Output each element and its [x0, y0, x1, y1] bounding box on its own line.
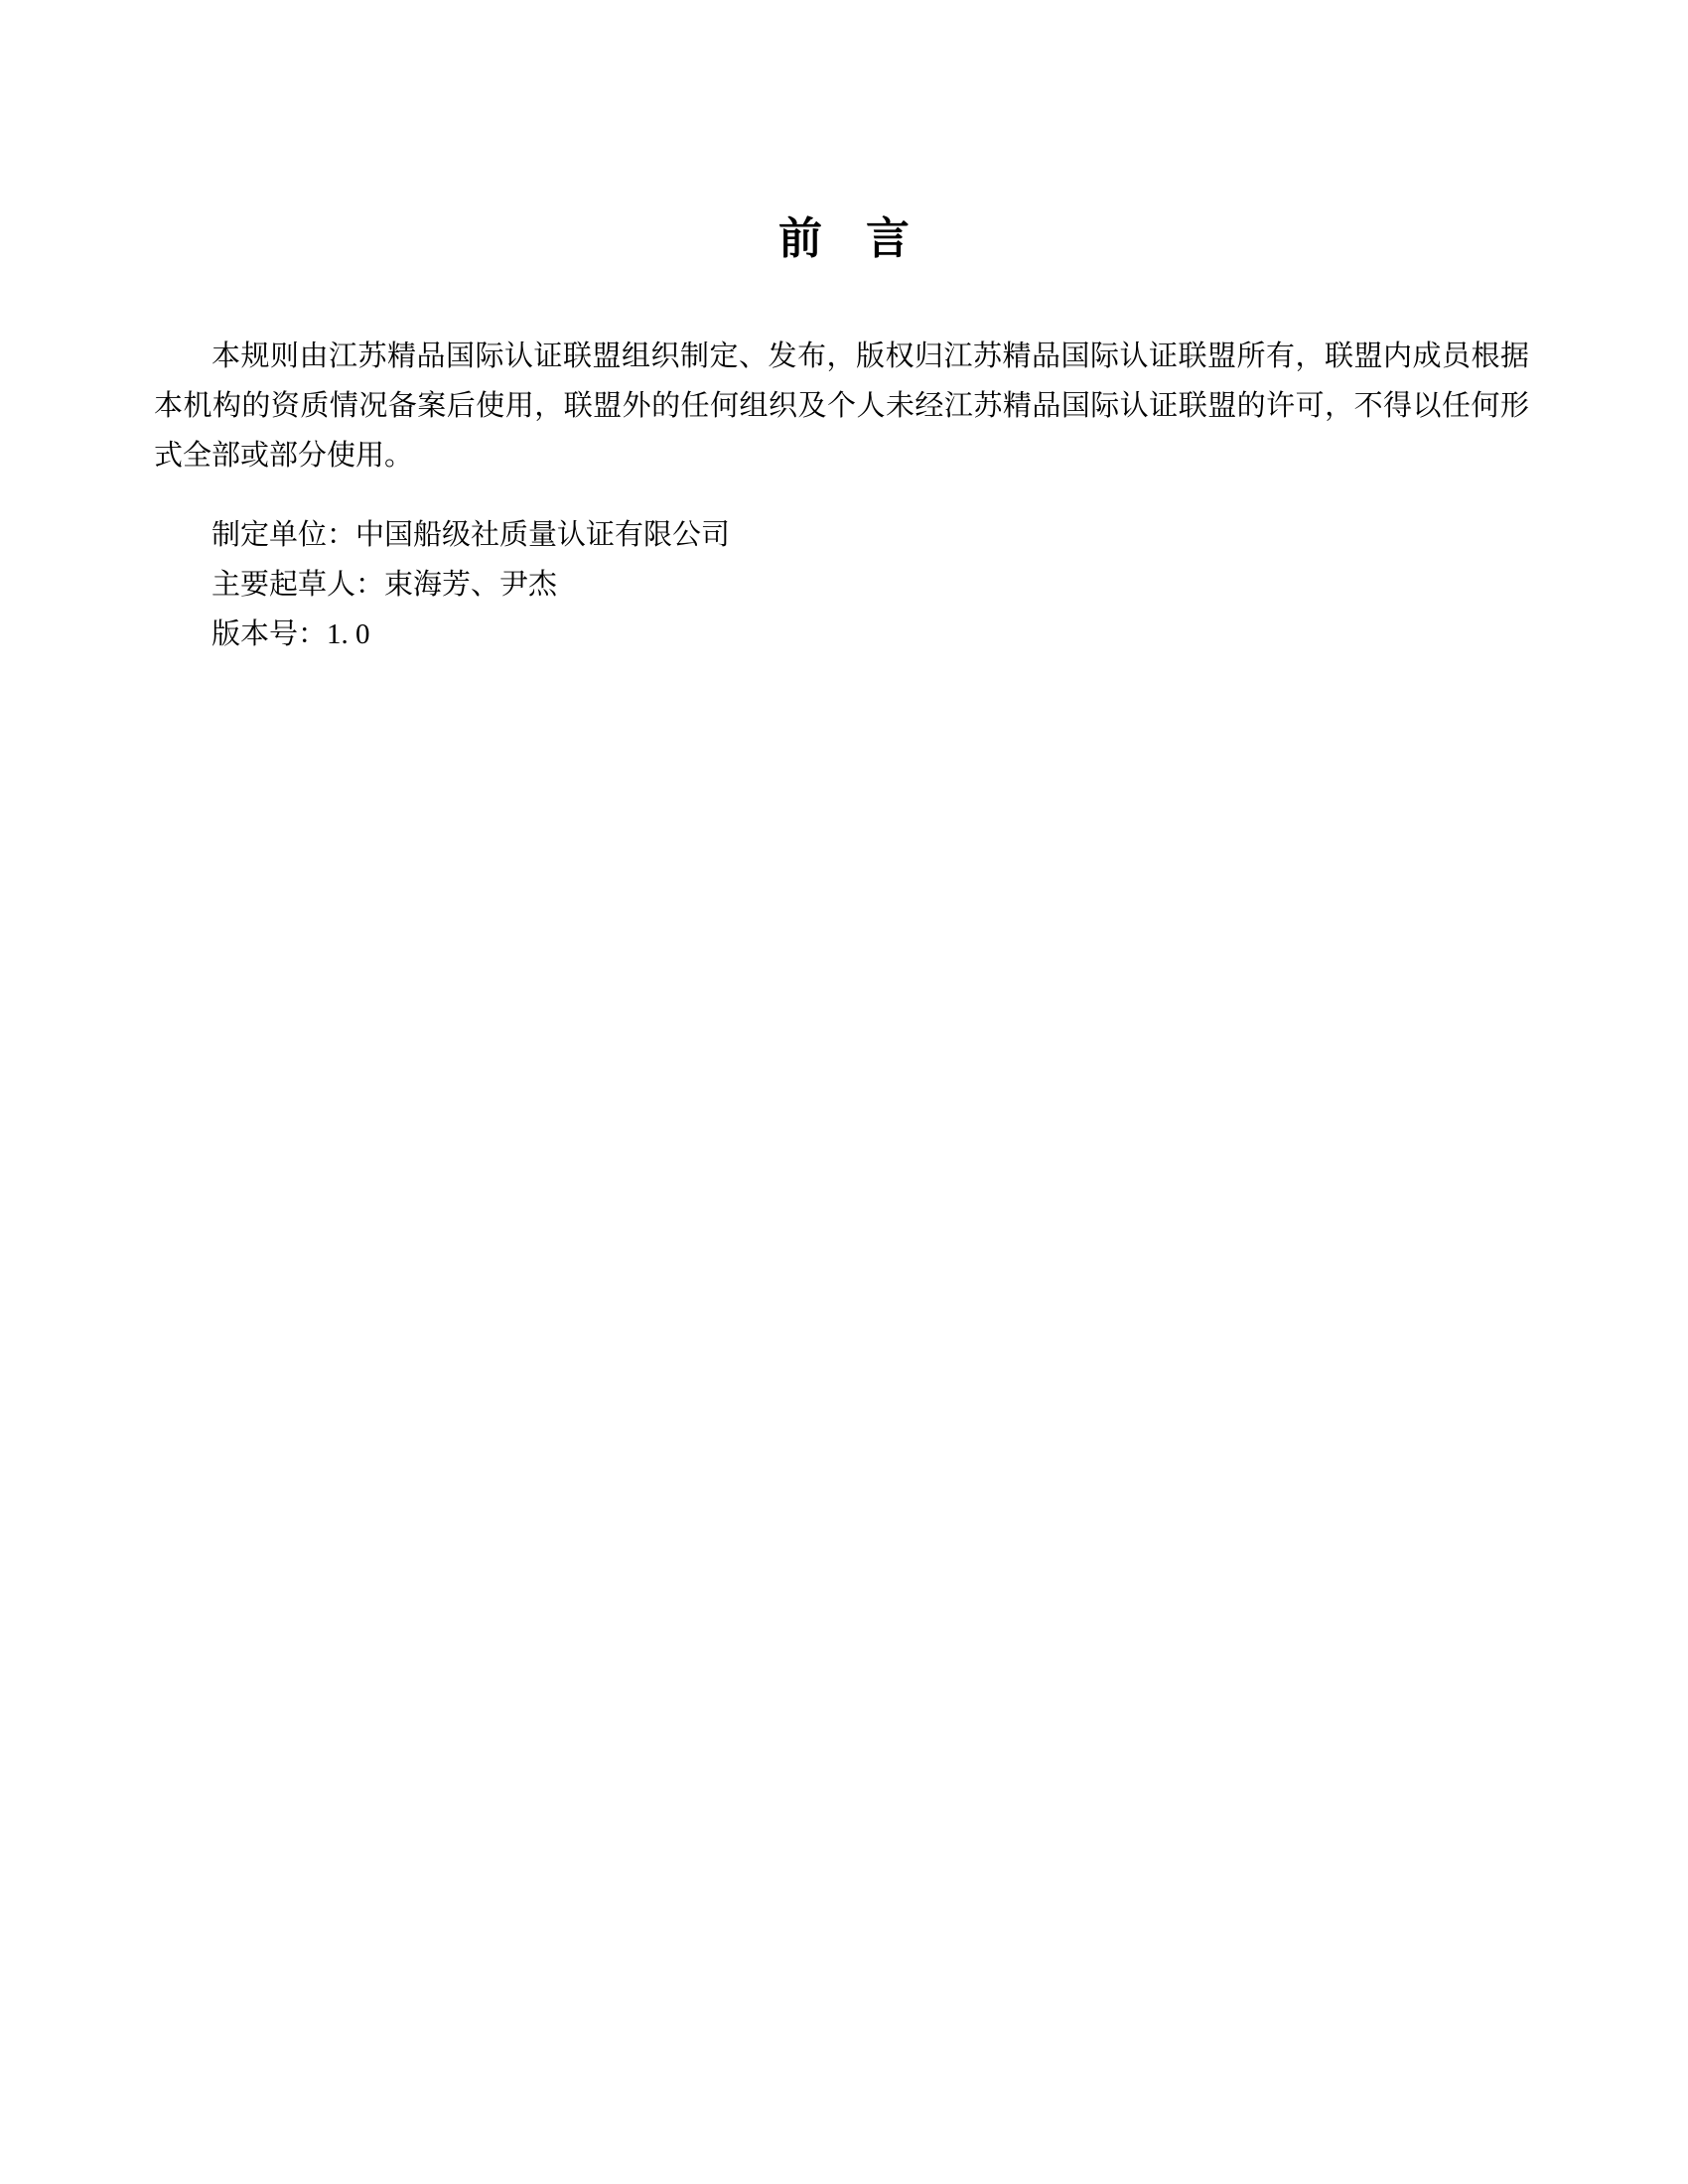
info-line-issuing-unit: 制定单位：中国船级社质量认证有限公司	[154, 510, 1529, 560]
page-title: 前 言	[0, 0, 1688, 266]
info-block: 制定单位：中国船级社质量认证有限公司 主要起草人：束海芳、尹杰 版本号：1. 0	[154, 510, 1529, 659]
document-page: 前 言 本规则由江苏精品国际认证联盟组织制定、发布，版权归江苏精品国际认证联盟所…	[0, 0, 1688, 2184]
info-line-drafters: 主要起草人：束海芳、尹杰	[154, 560, 1529, 610]
foreword-paragraph: 本规则由江苏精品国际认证联盟组织制定、发布，版权归江苏精品国际认证联盟所有，联盟…	[154, 332, 1529, 480]
info-line-version: 版本号：1. 0	[154, 610, 1529, 659]
